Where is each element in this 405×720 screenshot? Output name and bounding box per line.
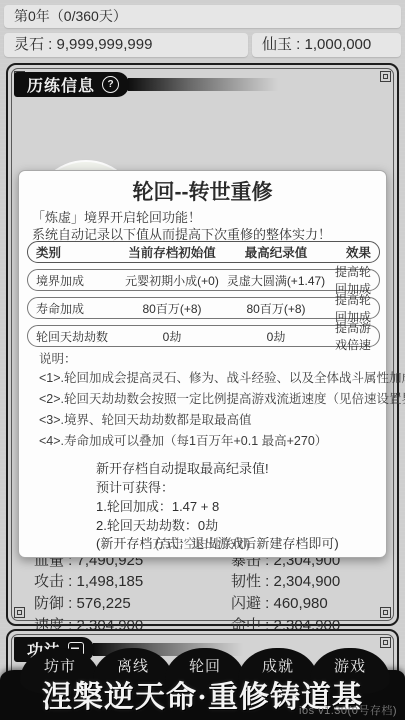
summary-line: 2.轮回天劫劫数：0劫 xyxy=(96,515,218,534)
notes-title: 说明： xyxy=(39,349,77,367)
cell: 元婴初期小成(+0) xyxy=(120,272,224,289)
record-table: 类别 当前存档初始值 最高纪录值 效果 境界加成 元婴初期小成(+0) 灵虚大圆… xyxy=(27,241,380,353)
frame-corner-ornament xyxy=(380,637,391,648)
summary-line: 预计可获得： xyxy=(96,477,174,496)
cell: 提高游戏倍速 xyxy=(328,319,371,353)
cell: 轮回天劫劫数 xyxy=(36,328,120,345)
stat-toughness: 韧性 : 2,304,900 xyxy=(231,570,340,591)
cell: 灵虚大圆满(+1.47) xyxy=(224,272,328,289)
cell: 80百万(+8) xyxy=(120,300,224,317)
table-row-tribulation-count: 轮回天劫劫数 0劫 0劫 提高游戏倍速 xyxy=(27,325,380,347)
cell: 境界加成 xyxy=(36,272,120,289)
year-progress-bar: 第0年（0/360天） xyxy=(4,5,401,28)
cell: 0劫 xyxy=(120,328,224,345)
close-hint[interactable]: (点击空白处关闭) xyxy=(19,534,386,552)
col-category: 类别 xyxy=(36,243,120,261)
col-current-value: 当前存档初始值 xyxy=(120,243,224,261)
summary-line: 新开存档自动提取最高纪录值! xyxy=(96,458,269,477)
note-line: <2>.轮回天劫劫数会按照一定比例提高游戏流逝速度（见倍速设置界面） xyxy=(39,389,405,407)
game-screen: 第0年（0/360天） 灵石 : 9,999,999,999 仙玉 : 1,00… xyxy=(0,0,405,720)
modal-title: 轮回--转世重修 xyxy=(19,176,386,206)
version-label: ios v1.30(0号存档) xyxy=(299,702,397,718)
frame-corner-ornament xyxy=(14,607,25,618)
bottom-nav: 坊市 离线 轮回 成就 游戏 涅槃逆天命·重修铸道基 ios v1.30(0号存… xyxy=(0,648,405,720)
cell: 0劫 xyxy=(224,328,328,345)
stat-attack: 攻击 : 1,498,185 xyxy=(34,570,143,591)
stat-dodge: 闪避 : 460,980 xyxy=(231,592,328,613)
note-line: <4>.寿命加成可以叠加（每1百万年+0.1 最高+270） xyxy=(39,431,327,449)
summary-line: 1.轮回加成：1.47 + 8 xyxy=(96,496,219,515)
reincarnation-modal[interactable]: 轮回--转世重修 「炼虚」境界开启轮回功能！ 系统自动记录以下值从而提高下次重修… xyxy=(18,170,387,558)
stat-defense: 防御 : 576,225 xyxy=(34,592,131,613)
note-line: <3>.境界、轮回天劫劫数都是取最高值 xyxy=(39,410,252,428)
note-line: <1>.轮回加成会提高灵石、修为、战斗经验、以及全体战斗属性加成 xyxy=(39,368,405,386)
col-effect: 效果 xyxy=(328,243,371,261)
spirit-stone-counter: 灵石 : 9,999,999,999 xyxy=(4,33,248,57)
col-best-record: 最高纪录值 xyxy=(224,243,328,261)
help-icon[interactable]: ? xyxy=(102,76,119,93)
cell: 寿命加成 xyxy=(36,300,120,317)
table-row-lifespan-bonus: 寿命加成 80百万(+8) 80百万(+8) 提高轮回加成 xyxy=(27,297,380,319)
frame-corner-ornament xyxy=(380,71,391,82)
table-row-realm-bonus: 境界加成 元婴初期小成(+0) 灵虚大圆满(+1.47) 提高轮回加成 xyxy=(27,269,380,291)
cell: 80百万(+8) xyxy=(224,300,328,317)
record-table-header: 类别 当前存档初始值 最高纪录值 效果 xyxy=(27,241,380,263)
frame-corner-ornament xyxy=(380,607,391,618)
panel-title: 历练信息 xyxy=(27,73,95,96)
immortal-jade-counter: 仙玉 : 1,000,000 xyxy=(252,33,401,57)
panel-header-brush: 历练信息 ? xyxy=(14,72,129,97)
